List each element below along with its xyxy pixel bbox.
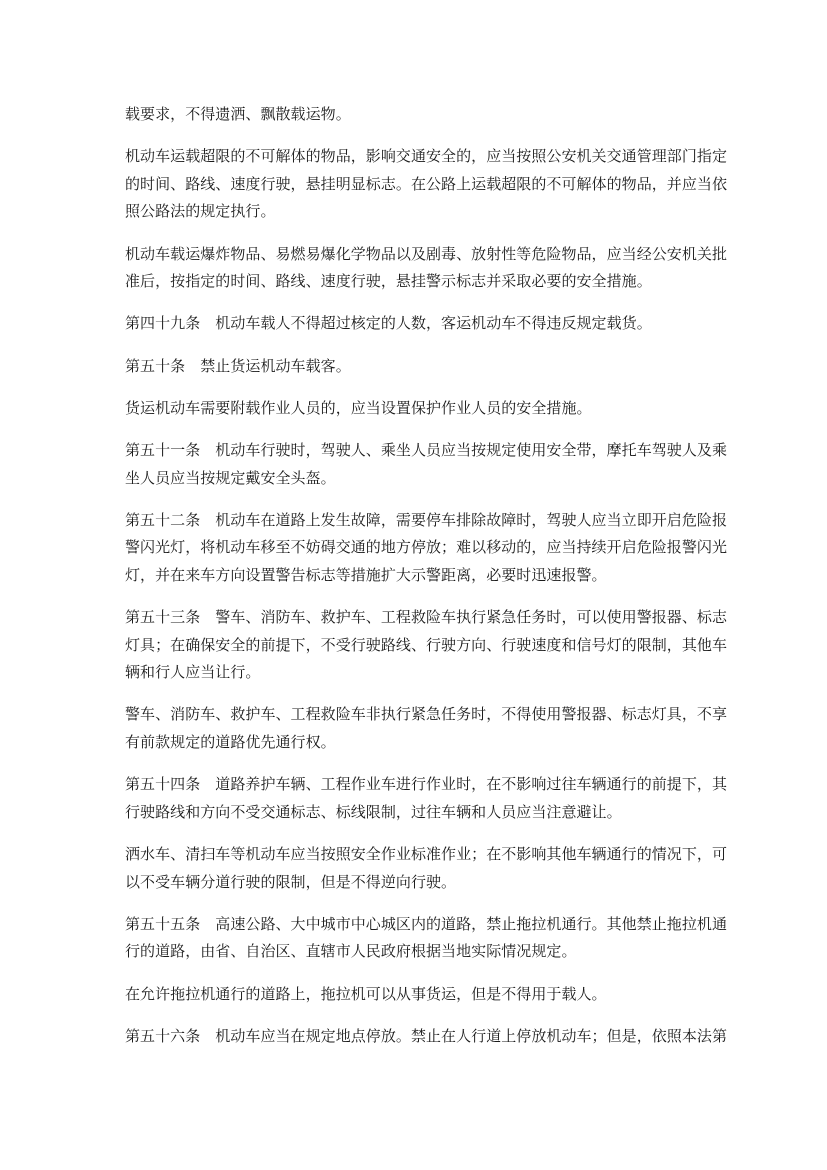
article-50: 第五十条 禁止货运机动车载客。 bbox=[125, 353, 715, 381]
article-54: 第五十四条 道路养护车辆、工程作业车进行作业时，在不影响过往车辆通行的前提下，其… bbox=[125, 771, 715, 826]
article-49: 第四十九条 机动车载人不得超过核定的人数，客运机动车不得违反规定载货。 bbox=[125, 310, 715, 338]
text-line: 洒水车、清扫车等机动车应当按照安全作业标准作业；在不影响其他车辆通行的情况下，可 bbox=[125, 841, 715, 869]
article-56: 第五十六条 机动车应当在规定地点停放。禁止在人行道上停放机动车；但是，依照本法第 bbox=[125, 1023, 715, 1051]
article-55: 第五十五条 高速公路、大中城市中心城区内的道路，禁止拖拉机通行。其他禁止拖拉机通… bbox=[125, 911, 715, 966]
text-line: 第五十二条 机动车在道路上发生故障，需要停车排除故障时，驾驶人应当立即开启危险报 bbox=[125, 507, 715, 535]
text-line: 灯具；在确保安全的前提下，不受行驶路线、行驶方向、行驶速度和信号灯的限制，其他车 bbox=[125, 632, 715, 660]
text-line: 机动车载运爆炸物品、易燃易爆化学物品以及剧毒、放射性等危险物品，应当经公安机关批 bbox=[125, 241, 715, 269]
paragraph-hazardous-cargo: 机动车载运爆炸物品、易燃易爆化学物品以及剧毒、放射性等危险物品，应当经公安机关批… bbox=[125, 241, 715, 296]
text-line: 灯，并在来车方向设置警告标志等措施扩大示警距离，必要时迅速报警。 bbox=[125, 562, 715, 590]
article-52: 第五十二条 机动车在道路上发生故障，需要停车排除故障时，驾驶人应当立即开启危险报… bbox=[125, 507, 715, 590]
text-line: 货运机动车需要附载作业人员的，应当设置保护作业人员的安全措施。 bbox=[125, 395, 715, 423]
paragraph-cargo-requirements: 载要求，不得遗洒、飘散载运物。 bbox=[125, 101, 715, 129]
text-line: 警车、消防车、救护车、工程救险车非执行紧急任务时，不得使用警报器、标志灯具，不享 bbox=[125, 701, 715, 729]
text-line: 第五十五条 高速公路、大中城市中心城区内的道路，禁止拖拉机通行。其他禁止拖拉机通 bbox=[125, 911, 715, 939]
article-51: 第五十一条 机动车行驶时，驾驶人、乘坐人员应当按规定使用安全带，摩托车驾驶人及乘… bbox=[125, 437, 715, 492]
text-line: 辆和行人应当让行。 bbox=[125, 659, 715, 687]
text-line: 第五十一条 机动车行驶时，驾驶人、乘坐人员应当按规定使用安全带，摩托车驾驶人及乘 bbox=[125, 437, 715, 465]
text-line: 第五十六条 机动车应当在规定地点停放。禁止在人行道上停放机动车；但是，依照本法第 bbox=[125, 1023, 715, 1051]
text-line: 行驶路线和方向不受交通标志、标线限制，过往车辆和人员应当注意避让。 bbox=[125, 799, 715, 827]
text-line: 第五十三条 警车、消防车、救护车、工程救险车执行紧急任务时，可以使用警报器、标志 bbox=[125, 604, 715, 632]
article-54-clause-2: 洒水车、清扫车等机动车应当按照安全作业标准作业；在不影响其他车辆通行的情况下，可… bbox=[125, 841, 715, 896]
text-line: 第五十四条 道路养护车辆、工程作业车进行作业时，在不影响过往车辆通行的前提下，其 bbox=[125, 771, 715, 799]
text-line: 载要求，不得遗洒、飘散载运物。 bbox=[125, 101, 715, 129]
text-line: 在允许拖拉机通行的道路上，拖拉机可以从事货运，但是不得用于载人。 bbox=[125, 981, 715, 1009]
text-line: 准后，按指定的时间、路线、速度行驶，悬挂警示标志并采取必要的安全措施。 bbox=[125, 268, 715, 296]
article-53: 第五十三条 警车、消防车、救护车、工程救险车执行紧急任务时，可以使用警报器、标志… bbox=[125, 604, 715, 687]
text-line: 以不受车辆分道行驶的限制，但是不得逆向行驶。 bbox=[125, 869, 715, 897]
text-line: 行的道路，由省、自治区、直辖市人民政府根据当地实际情况规定。 bbox=[125, 938, 715, 966]
text-line: 的时间、路线、速度行驶，悬挂明显标志。在公路上运载超限的不可解体的物品，并应当依 bbox=[125, 171, 715, 199]
article-55-clause-2: 在允许拖拉机通行的道路上，拖拉机可以从事货运，但是不得用于载人。 bbox=[125, 981, 715, 1009]
text-line: 第五十条 禁止货运机动车载客。 bbox=[125, 353, 715, 381]
text-line: 有前款规定的道路优先通行权。 bbox=[125, 729, 715, 757]
paragraph-oversize-cargo: 机动车运载超限的不可解体的物品，影响交通安全的，应当按照公安机关交通管理部门指定… bbox=[125, 143, 715, 226]
article-50-clause-2: 货运机动车需要附载作业人员的，应当设置保护作业人员的安全措施。 bbox=[125, 395, 715, 423]
document-page: 载要求，不得遗洒、飘散载运物。 机动车运载超限的不可解体的物品，影响交通安全的，… bbox=[125, 101, 715, 1065]
article-53-clause-2: 警车、消防车、救护车、工程救险车非执行紧急任务时，不得使用警报器、标志灯具，不享… bbox=[125, 701, 715, 756]
text-line: 坐人员应当按规定戴安全头盔。 bbox=[125, 465, 715, 493]
text-line: 照公路法的规定执行。 bbox=[125, 198, 715, 226]
text-line: 警闪光灯，将机动车移至不妨碍交通的地方停放；难以移动的，应当持续开启危险报警闪光 bbox=[125, 534, 715, 562]
text-line: 机动车运载超限的不可解体的物品，影响交通安全的，应当按照公安机关交通管理部门指定 bbox=[125, 143, 715, 171]
text-line: 第四十九条 机动车载人不得超过核定的人数，客运机动车不得违反规定载货。 bbox=[125, 310, 715, 338]
